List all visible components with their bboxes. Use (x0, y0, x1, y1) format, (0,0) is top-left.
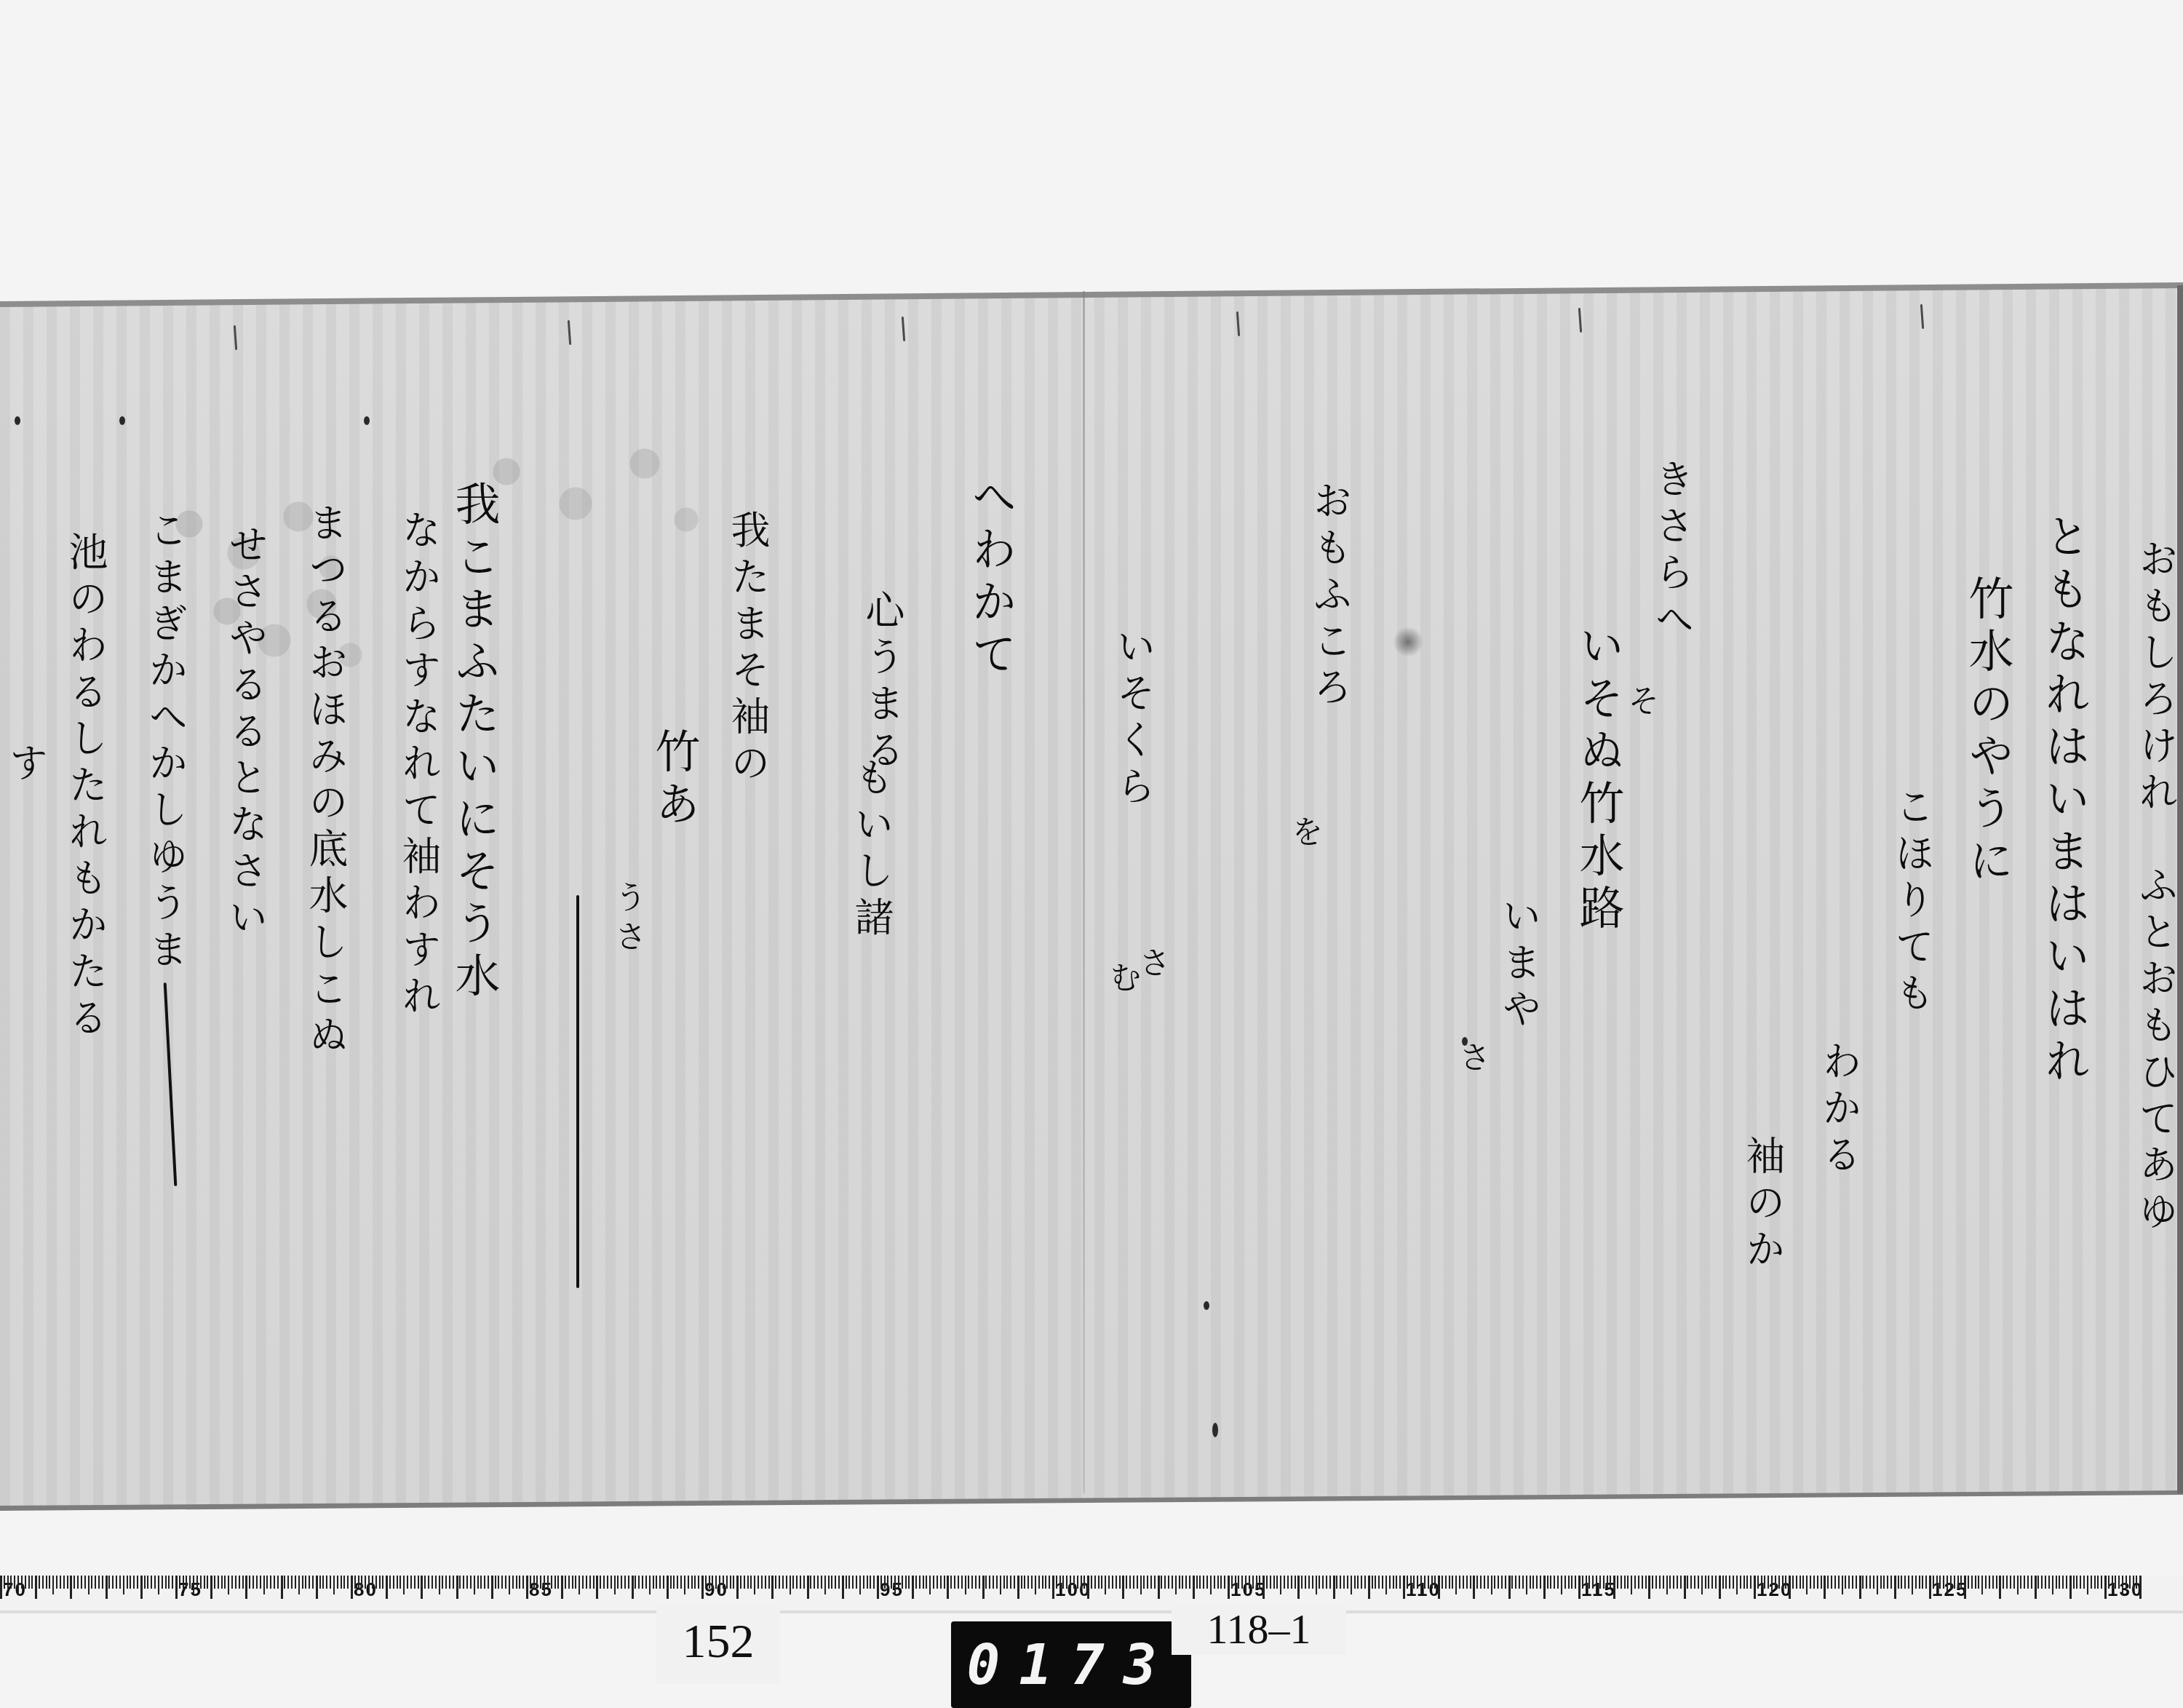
ruler-tick (284, 1576, 285, 1589)
ruler-tick (814, 1576, 815, 1589)
ruler-tick (326, 1576, 327, 1589)
ruler-tick (824, 1576, 826, 1594)
ruler-tick (270, 1576, 271, 1589)
ruler-tick (1006, 1576, 1008, 1589)
ruler-tick (2006, 1576, 2008, 1589)
ruler-tick (694, 1576, 696, 1589)
ruler-tick (1645, 1576, 1647, 1589)
ruler-tick (382, 1576, 383, 1589)
ruler-tick (1445, 1576, 1447, 1589)
text-column: む (1106, 961, 1138, 1000)
ruler-tick (1978, 1576, 1979, 1589)
ruler-tick (522, 1576, 524, 1589)
ruler-tick (1259, 1576, 1260, 1589)
ruler-tick (2122, 1576, 2123, 1594)
ruler-tick (407, 1576, 408, 1589)
ruler-tick (1434, 1576, 1436, 1589)
ruler-tick (1511, 1576, 1513, 1589)
ruler-tick (210, 1576, 212, 1599)
ink-speck (119, 416, 125, 425)
ruler-tick (1901, 1576, 1902, 1589)
ruler-tick (635, 1576, 636, 1589)
ruler-tick (231, 1576, 233, 1589)
ruler-tick (263, 1576, 265, 1594)
ruler-tick (281, 1576, 283, 1599)
ruler-tick (1862, 1576, 1864, 1589)
ruler-tick (1638, 1576, 1639, 1589)
ruler-tick (399, 1576, 401, 1589)
ruler-tick (1603, 1576, 1605, 1589)
ruler-tick (312, 1576, 314, 1589)
ruler-tick (1301, 1576, 1303, 1589)
ruler-tick (578, 1576, 580, 1594)
ruler-tick (1182, 1576, 1183, 1589)
ruler-tick (1711, 1576, 1713, 1589)
ruler-tick (2069, 1576, 2072, 1599)
ruler-tick (575, 1576, 576, 1589)
text-column: さ (1455, 1041, 1487, 1080)
ruler-tick (60, 1576, 61, 1589)
ruler-tick (1133, 1576, 1134, 1589)
ruler-tick (165, 1576, 167, 1589)
ruler-tick (1179, 1576, 1180, 1589)
ruler-tick (343, 1576, 345, 1589)
ruler-tick (1571, 1576, 1572, 1589)
ruler-tick (852, 1576, 854, 1589)
ruler-tick (1925, 1576, 1927, 1589)
catalog-code-label: 118–1 (1172, 1605, 1346, 1655)
ruler-tick (1470, 1576, 1471, 1589)
ruler-tick (1705, 1576, 1706, 1589)
ruler-tick (477, 1576, 479, 1589)
ruler-tick (961, 1576, 963, 1589)
ruler-tick (2035, 1576, 2037, 1599)
ruler-tick (1126, 1576, 1127, 1589)
ruler-tick (480, 1576, 482, 1589)
ruler-tick (2003, 1576, 2004, 1589)
ruler-tick (365, 1576, 366, 1589)
ruler-tick (1964, 1576, 1966, 1599)
ruler-tick (1150, 1576, 1152, 1589)
ruler-tick (1336, 1576, 1337, 1589)
ruler-tick (1035, 1576, 1036, 1594)
ruler-tick (2097, 1576, 2099, 1589)
text-column: そ (1624, 684, 1656, 723)
ruler-tick (740, 1576, 741, 1589)
ruler-tick (557, 1576, 559, 1589)
ruler-tick (526, 1576, 528, 1599)
ruler-tick (1385, 1576, 1387, 1594)
ruler-tick (228, 1576, 229, 1594)
ruler-tick (368, 1576, 370, 1594)
ruler-tick (965, 1576, 966, 1594)
ruler-tick (533, 1576, 535, 1589)
ruler-tick (2027, 1576, 2029, 1589)
ruler-tick (1687, 1576, 1688, 1589)
brush-stroke (576, 895, 579, 1288)
ruler-tick (1042, 1576, 1043, 1589)
text-column: ともなれはいまはいはれ (2041, 513, 2086, 1089)
ruler-tick (2048, 1576, 2050, 1589)
ruler-tick (309, 1576, 310, 1589)
ruler-tick (106, 1576, 108, 1599)
ruler-tick (1000, 1576, 1001, 1594)
ruler-tick (144, 1576, 146, 1589)
ruler-tick (614, 1576, 616, 1594)
text-column: なからすなれて袖わすれ (399, 509, 438, 1022)
ruler-tick (891, 1576, 892, 1589)
ruler-tick (803, 1576, 805, 1589)
ruler-tick (1817, 1576, 1818, 1589)
ruler-tick (2139, 1576, 2142, 1599)
ruler-tick (1245, 1576, 1246, 1594)
ruler-tick (1852, 1576, 1853, 1589)
ruler-tick (624, 1576, 626, 1589)
ruler-tick (1648, 1576, 1650, 1599)
ruler-tick (1375, 1576, 1376, 1589)
ruler-tick (77, 1576, 79, 1589)
ruler-tick (649, 1576, 651, 1594)
ruler-tick (733, 1576, 734, 1589)
ruler-tick (1968, 1576, 1969, 1589)
ruler-tick (35, 1576, 37, 1599)
ruler-tick (172, 1576, 173, 1589)
ruler-tick (2091, 1576, 2092, 1589)
ruler-tick (1266, 1576, 1268, 1589)
ruler-tick (1501, 1576, 1503, 1589)
ruler-tick (1887, 1576, 1888, 1589)
ruler-tick (1530, 1576, 1531, 1589)
ruler-tick (1438, 1576, 1440, 1599)
text-column: せさやるるとなさい (226, 524, 265, 943)
ruler-tick (867, 1576, 868, 1589)
ruler-tick (993, 1576, 994, 1589)
ruler-tick (698, 1576, 699, 1589)
ruler-tick (253, 1576, 254, 1589)
ruler-tick (1684, 1576, 1686, 1599)
ruler-tick (1361, 1576, 1362, 1589)
ruler-tick (1715, 1576, 1717, 1589)
ruler-tick (379, 1576, 381, 1589)
ruler-tick (1372, 1576, 1373, 1589)
ruler-tick (1158, 1576, 1160, 1599)
ruler-tick (1066, 1576, 1067, 1589)
ruler-tick (1276, 1576, 1278, 1589)
ruler-tick (1939, 1576, 1941, 1589)
ruler-tick (1761, 1576, 1762, 1589)
ruler-tick (600, 1576, 601, 1589)
ruler-tick (933, 1576, 934, 1589)
ruler-tick (505, 1576, 506, 1589)
ruler-tick (1568, 1576, 1570, 1589)
ruler-tick (1725, 1576, 1727, 1589)
ruler-tick (484, 1576, 485, 1589)
ruler-tick (1038, 1576, 1040, 1589)
ruler-tick (1143, 1576, 1145, 1589)
ruler-tick (1722, 1576, 1724, 1589)
ruler-tick (1329, 1576, 1331, 1589)
ruler-tick (989, 1576, 990, 1589)
ruler-tick (593, 1576, 595, 1589)
ruler-tick (84, 1576, 86, 1589)
ruler-tick (800, 1576, 801, 1589)
text-column: いそくら (1113, 626, 1153, 812)
ruler-tick (49, 1576, 50, 1589)
text-column: 竹水のやうに (1965, 575, 2010, 889)
ruler-tick (877, 1576, 879, 1599)
ruler-tick (102, 1576, 103, 1589)
ruler-tick (1845, 1576, 1846, 1589)
ruler-tick (1378, 1576, 1380, 1589)
ruler-tick (95, 1576, 96, 1589)
text-column: 竹あ (651, 728, 696, 833)
ruler-tick (2126, 1576, 2127, 1589)
ruler-tick (2083, 1576, 2085, 1589)
ruler-tick (2101, 1576, 2102, 1589)
text-column: こほりても (1892, 786, 1931, 1019)
ruler-tick (887, 1576, 888, 1589)
ruler-tick (351, 1576, 353, 1599)
text-column: 我こまふたいにそう水 (451, 480, 496, 1004)
ruler-tick (1487, 1576, 1489, 1589)
ruler-tick (1168, 1576, 1169, 1589)
ruler-tick (39, 1576, 40, 1589)
ruler-tick (221, 1576, 223, 1589)
ruler-tick (1838, 1576, 1840, 1589)
ruler-tick (151, 1576, 152, 1589)
ruler-tick (2073, 1576, 2075, 1589)
ruler-tick (1476, 1576, 1478, 1589)
ruler-tick (1859, 1576, 1861, 1599)
ruler-tick (2104, 1576, 2107, 1599)
ruler-tick (2056, 1576, 2057, 1589)
ruler-tick (1824, 1576, 1826, 1599)
ruler-tick (249, 1576, 250, 1589)
ruler-tick (747, 1576, 749, 1589)
ruler-tick (1873, 1576, 1874, 1589)
ruler-tick (1519, 1576, 1520, 1589)
ruler-tick (1950, 1576, 1952, 1589)
ruler-tick (1224, 1576, 1225, 1589)
ruler-tick (291, 1576, 293, 1589)
ruler-tick (621, 1576, 622, 1589)
ruler-tick (1642, 1576, 1643, 1589)
ruler-tick (10, 1576, 12, 1589)
ruler-tick (1062, 1576, 1064, 1589)
ruler-tick (898, 1576, 899, 1589)
ruler-tick (1592, 1576, 1594, 1589)
ruler-tick (667, 1576, 669, 1599)
ruler-tick (663, 1576, 664, 1589)
text-column: 池のわるしたれもかたる (65, 531, 105, 1044)
ruler-tick (856, 1576, 857, 1589)
ruler-tick (947, 1576, 949, 1599)
ruler-tick (1669, 1576, 1671, 1589)
ruler-tick (1354, 1576, 1356, 1589)
ruler-tick (572, 1576, 573, 1589)
ruler-tick (1694, 1576, 1695, 1589)
ruler-tick (2136, 1576, 2137, 1589)
ruler-tick (1757, 1576, 1759, 1589)
ruler-tick (1101, 1576, 1102, 1589)
ruler-tick (56, 1576, 57, 1589)
ruler-tick (375, 1576, 377, 1589)
ruler-tick (1326, 1576, 1327, 1589)
ruler-tick (1231, 1576, 1233, 1589)
ruler-tick (316, 1576, 318, 1599)
ruler-tick (754, 1576, 755, 1594)
ruler-tick (1883, 1576, 1885, 1589)
ruler-tick (1010, 1576, 1011, 1589)
ruler-tick (116, 1576, 117, 1589)
ruler-tick (424, 1576, 426, 1589)
ruler-tick (2115, 1576, 2116, 1589)
ruler-tick (1175, 1576, 1177, 1594)
ruler-tick (2133, 1576, 2134, 1589)
ruler-tick (1249, 1576, 1250, 1589)
ruler-tick (971, 1576, 973, 1589)
ruler-tick (1792, 1576, 1794, 1589)
ruler-tick (1297, 1576, 1300, 1599)
ruler-tick (1059, 1576, 1061, 1589)
ruler-tick (919, 1576, 920, 1589)
ruler-tick (1199, 1576, 1201, 1589)
ruler-tick (295, 1576, 296, 1589)
ruler-tick (985, 1576, 987, 1589)
ruler-tick (112, 1576, 114, 1589)
ruler-tick (1238, 1576, 1239, 1589)
ruler-tick (1627, 1576, 1629, 1589)
ruler-tick (1147, 1576, 1148, 1589)
ruler-tick (1624, 1576, 1626, 1589)
ruler-tick (2118, 1576, 2120, 1589)
ruler-tick (445, 1576, 447, 1589)
ruler-tick (1796, 1576, 1797, 1589)
ruler-tick (1842, 1576, 1843, 1594)
ruler-tick (1866, 1576, 1867, 1589)
ruler-tick (386, 1576, 388, 1599)
ruler-tick (2112, 1576, 2113, 1589)
ruler-tick (389, 1576, 391, 1589)
ruler-tick (207, 1576, 208, 1589)
ruler-tick (0, 1576, 2, 1599)
ruler-tick (765, 1576, 766, 1589)
ruler-tick (1308, 1576, 1310, 1589)
ruler-tick (1449, 1576, 1450, 1589)
ruler-tick (1056, 1576, 1057, 1589)
ruler-tick (1256, 1576, 1257, 1589)
ruler-tick (1094, 1576, 1096, 1589)
ruler-tick (1782, 1576, 1784, 1589)
ruler-tick (1357, 1576, 1359, 1589)
ruler-tick (940, 1576, 942, 1589)
ruler-tick (52, 1576, 54, 1594)
ruler-tick (810, 1576, 811, 1589)
ruler-tick (1407, 1576, 1408, 1589)
text-column: 袖のか (1743, 1135, 1782, 1275)
ruler-tick (1087, 1576, 1089, 1599)
ruler-tick (1802, 1576, 1804, 1589)
ruler-tick (796, 1576, 798, 1589)
ruler-tick (530, 1576, 531, 1589)
ruler-tick (1031, 1576, 1033, 1589)
ruler-tick (1659, 1576, 1661, 1589)
ruler-tick (1428, 1576, 1429, 1589)
ruler-tick (1164, 1576, 1166, 1589)
ruler-tick (1466, 1576, 1468, 1589)
ruler-tick (1312, 1576, 1313, 1589)
ruler-tick (1014, 1576, 1015, 1589)
sheet-join-seam (1083, 291, 1085, 1493)
ruler-tick (1561, 1576, 1562, 1594)
ruler-tick (337, 1576, 338, 1589)
ruler-tick (835, 1576, 836, 1589)
ruler-tick (1119, 1576, 1121, 1589)
ruler-tick (968, 1576, 969, 1589)
ruler-tick (1532, 1576, 1534, 1589)
ruler-tick (582, 1576, 584, 1589)
ruler-tick (659, 1576, 661, 1589)
ruler-tick (495, 1576, 496, 1589)
text-column: いまや (1499, 895, 1538, 1035)
ruler-tick (1368, 1576, 1370, 1599)
ruler-tick (638, 1576, 640, 1589)
ruler-tick (1210, 1576, 1212, 1594)
ruler-tick (870, 1576, 871, 1589)
ruler-tick (950, 1576, 952, 1589)
ruler-tick (1547, 1576, 1548, 1589)
ink-speck (1204, 1301, 1209, 1310)
ruler-tick (786, 1576, 787, 1589)
ruler-tick (7, 1576, 9, 1589)
ruler-tick (701, 1576, 704, 1599)
ruler-tick (1399, 1576, 1401, 1589)
ruler-tick (551, 1576, 552, 1589)
ruler-tick (1442, 1576, 1443, 1589)
ruler-tick (137, 1576, 138, 1589)
ruler-tick (1578, 1576, 1580, 1599)
ruler-tick (1775, 1576, 1776, 1589)
ruler-tick (466, 1576, 468, 1589)
ruler-tick (1108, 1576, 1110, 1589)
ruler-tick (1663, 1576, 1664, 1589)
ruler-tick (319, 1576, 321, 1589)
ruler-tick (859, 1576, 861, 1594)
ruler-tick (154, 1576, 156, 1589)
ruler-tick (2041, 1576, 2043, 1589)
ruler-tick (1463, 1576, 1464, 1589)
ruler-tick (1287, 1576, 1289, 1589)
ruler-tick (1452, 1576, 1453, 1589)
ruler-tick (488, 1576, 489, 1589)
ruler-tick (1898, 1576, 1899, 1589)
ink-stain (1393, 626, 1423, 658)
ruler-tick (428, 1576, 429, 1589)
ruler-tick (1800, 1576, 1801, 1589)
ruler-tick (1915, 1576, 1917, 1589)
ruler-tick (439, 1576, 440, 1594)
ruler-tick (1631, 1576, 1632, 1594)
ruler-tick (744, 1576, 745, 1589)
ruler-tick (1045, 1576, 1046, 1589)
ruler-tick (705, 1576, 707, 1589)
ruler-tick (403, 1576, 405, 1594)
ruler-tick (775, 1576, 776, 1589)
ruler-tick (2017, 1576, 2019, 1594)
ruler-tick (274, 1576, 275, 1589)
ruler-tick (1081, 1576, 1082, 1589)
ruler-tick (456, 1576, 458, 1599)
